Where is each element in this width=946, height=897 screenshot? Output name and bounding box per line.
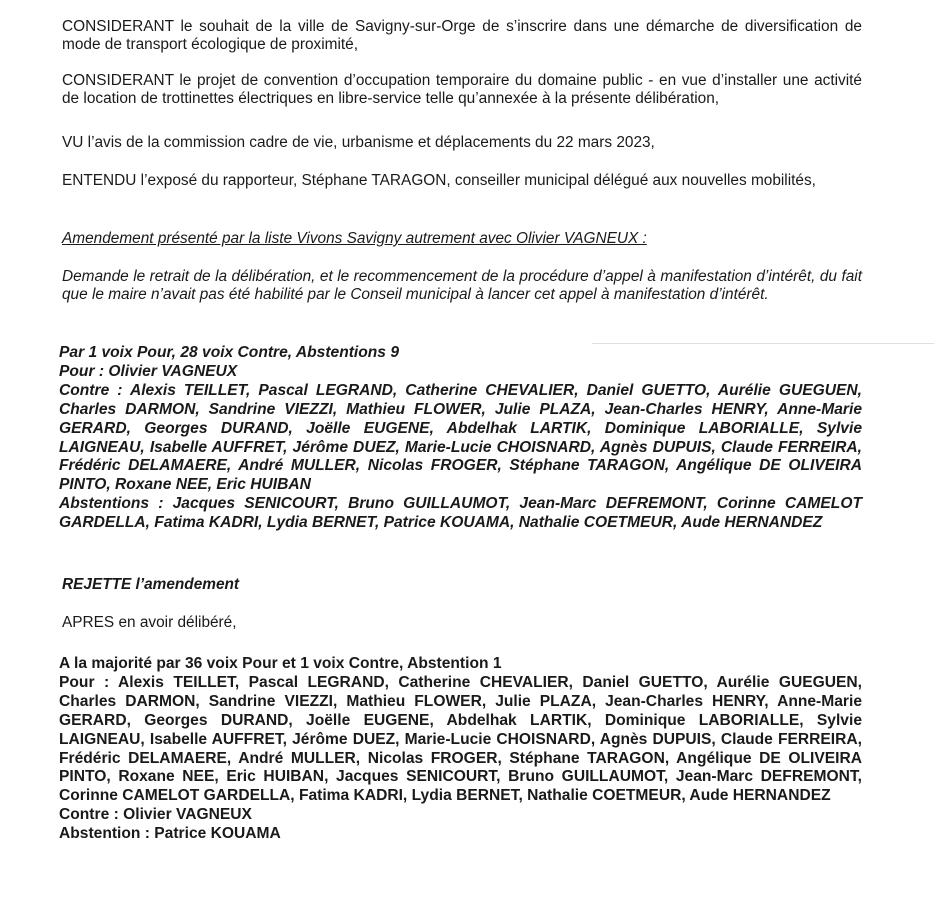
final-vote-contre: Contre : Olivier VAGNEUX <box>59 806 862 825</box>
amendment-vote-summary: Par 1 voix Pour, 28 voix Contre, Abstent… <box>59 344 862 363</box>
final-vote-abstention: Abstention : Patrice KOUAMA <box>59 825 862 844</box>
final-vote-pour: Pour : Alexis TEILLET, Pascal LEGRAND, C… <box>59 674 862 806</box>
entendu-paragraph: ENTENDU l’exposé du rapporteur, Stéphane… <box>62 172 862 190</box>
amendment-vote-pour: Pour : Olivier VAGNEUX <box>59 363 862 382</box>
amendment-vote-abstentions: Abstentions : Jacques SENICOURT, Bruno G… <box>59 495 862 533</box>
amendment-vote-block: Par 1 voix Pour, 28 voix Contre, Abstent… <box>59 344 862 533</box>
amendment-vote-contre: Contre : Alexis TEILLET, Pascal LEGRAND,… <box>59 382 862 495</box>
final-vote-summary: A la majorité par 36 voix Pour et 1 voix… <box>59 655 862 674</box>
rejette-statement: REJETTE l’amendement <box>62 576 862 594</box>
final-vote-block: A la majorité par 36 voix Pour et 1 voix… <box>59 655 862 844</box>
amendment-heading: Amendement présenté par la liste Vivons … <box>62 230 862 248</box>
considerant-paragraph-2: CONSIDERANT le projet de convention d’oc… <box>62 72 862 108</box>
amendment-text: Demande le retrait de la délibération, e… <box>62 268 862 303</box>
apres-paragraph: APRES en avoir délibéré, <box>62 614 862 632</box>
vu-paragraph: VU l’avis de la commission cadre de vie,… <box>62 134 862 152</box>
considerant-paragraph-1: CONSIDERANT le souhait de la ville de Sa… <box>62 18 862 54</box>
scan-artifact-line <box>592 343 934 344</box>
